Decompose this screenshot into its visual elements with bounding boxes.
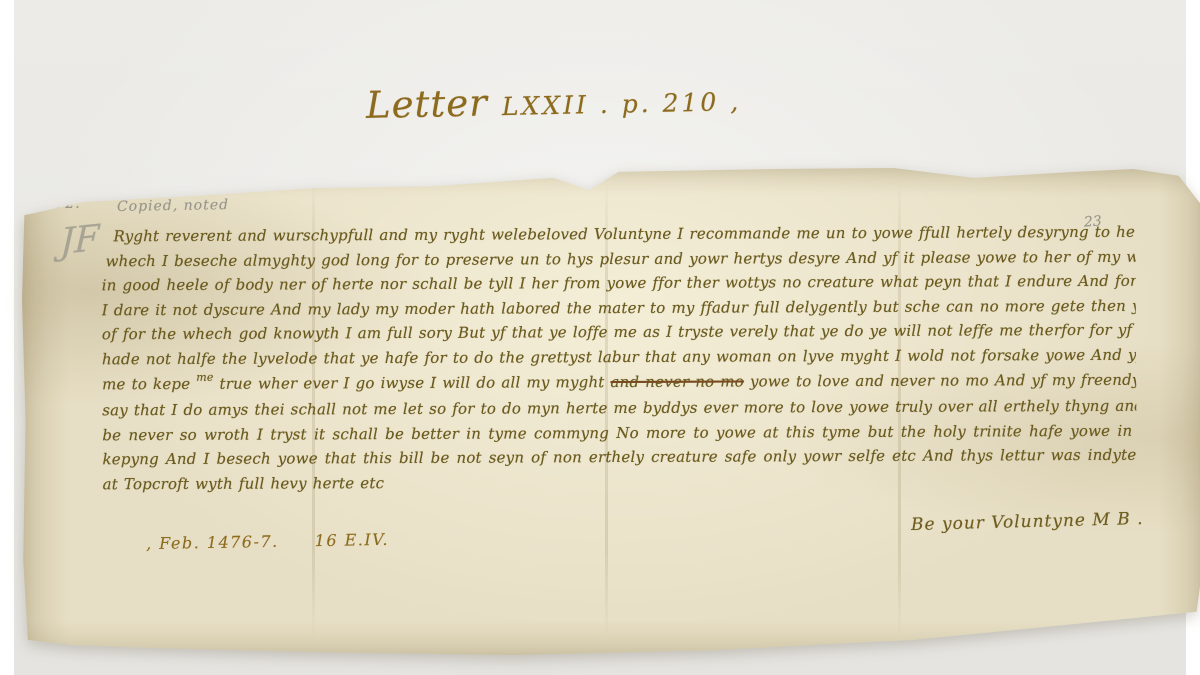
- line-segment: yowe to love and never no mo And yf my f…: [744, 370, 1136, 390]
- heading-roman-numeral-page: LXXII . p. 210 ,: [502, 87, 742, 121]
- valentine-signature: Be your Voluntyne M B .: [911, 509, 1144, 535]
- date-text: , Feb. 1476-7.: [146, 532, 279, 553]
- regnal-year: 16 E.IV.: [314, 530, 389, 550]
- photograph-background: LetterLXXII . p. 210 , b 72. Copied, not…: [14, 0, 1186, 675]
- editorial-heading: LetterLXXII . p. 210 ,: [366, 76, 742, 127]
- manuscript-parchment: b 72. Copied, noted JF 23 Ryght reverent…: [22, 168, 1200, 660]
- parchment-sheet: b 72. Copied, noted JF 23 Ryght reverent…: [22, 168, 1200, 660]
- copied-annotation: Copied, noted: [117, 197, 229, 215]
- line-segment: true wher ever I go iwyse I will do all …: [214, 373, 611, 393]
- letter-body-text: Ryght reverent and wurschypfull and my r…: [101, 220, 1136, 497]
- letter-line: at Topcroft wyth full hevy herte etc: [102, 468, 1136, 497]
- archival-date-note: , Feb. 1476-7.16 E.IV.: [146, 530, 389, 553]
- struck-through-words: and never no mo: [610, 372, 744, 391]
- line-segment: me to kepe: [102, 374, 190, 392]
- shelf-mark-annotation: b 72.: [40, 196, 81, 212]
- interlinear-insertion: me: [196, 370, 213, 383]
- archivist-monogram: JF: [59, 218, 100, 263]
- letter-line: kepyng And I besech yowe that this bill …: [102, 443, 1136, 472]
- heading-word-letter: Letter: [366, 81, 489, 127]
